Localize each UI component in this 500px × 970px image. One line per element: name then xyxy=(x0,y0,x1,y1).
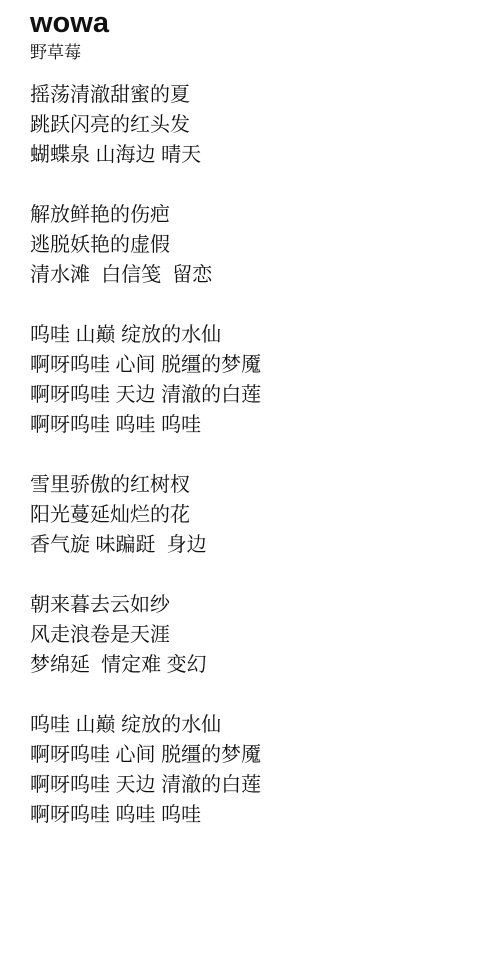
lyric-line: 啊呀呜哇 天边 清澈的白莲 xyxy=(30,770,470,800)
lyric-stanza: 摇荡清澈甜蜜的夏跳跃闪亮的红头发蝴蝶泉 山海边 晴天 xyxy=(30,80,470,170)
lyric-line: 雪里骄傲的红树杈 xyxy=(30,470,470,500)
lyric-line: 啊呀呜哇 呜哇 呜哇 xyxy=(30,800,470,830)
lyric-stanza: 朝来暮去云如纱风走浪卷是天涯梦绵延 情定难 变幻 xyxy=(30,590,470,680)
lyric-line: 啊呀呜哇 呜哇 呜哇 xyxy=(30,410,470,440)
lyric-line: 风走浪卷是天涯 xyxy=(30,620,470,650)
lyric-line: 蝴蝶泉 山海边 晴天 xyxy=(30,140,470,170)
lyric-line: 香气旋 味蹁跹 身边 xyxy=(30,530,470,560)
lyric-stanza: 解放鲜艳的伤疤逃脱妖艳的虚假清水滩 白信笺 留恋 xyxy=(30,200,470,290)
lyric-line: 清水滩 白信笺 留恋 xyxy=(30,260,470,290)
lyric-line: 梦绵延 情定难 变幻 xyxy=(30,650,470,680)
lyric-stanza: 呜哇 山巅 绽放的水仙啊呀呜哇 心间 脱缰的梦魇啊呀呜哇 天边 清澈的白莲啊呀呜… xyxy=(30,710,470,830)
lyric-stanza: 呜哇 山巅 绽放的水仙啊呀呜哇 心间 脱缰的梦魇啊呀呜哇 天边 清澈的白莲啊呀呜… xyxy=(30,320,470,440)
lyric-line: 解放鲜艳的伤疤 xyxy=(30,200,470,230)
lyric-line: 跳跃闪亮的红头发 xyxy=(30,110,470,140)
lyric-stanza: 雪里骄傲的红树杈阳光蔓延灿烂的花香气旋 味蹁跹 身边 xyxy=(30,470,470,560)
page-title: wowa xyxy=(30,6,470,41)
lyric-line: 啊呀呜哇 心间 脱缰的梦魇 xyxy=(30,350,470,380)
lyric-line: 阳光蔓延灿烂的花 xyxy=(30,500,470,530)
page-subtitle: 野草莓 xyxy=(30,41,470,65)
lyric-line: 呜哇 山巅 绽放的水仙 xyxy=(30,710,470,740)
lyric-line: 啊呀呜哇 天边 清澈的白莲 xyxy=(30,380,470,410)
lyric-line: 逃脱妖艳的虚假 xyxy=(30,230,470,260)
lyrics-body: 摇荡清澈甜蜜的夏跳跃闪亮的红头发蝴蝶泉 山海边 晴天解放鲜艳的伤疤逃脱妖艳的虚假… xyxy=(30,80,470,830)
lyric-line: 啊呀呜哇 心间 脱缰的梦魇 xyxy=(30,740,470,770)
lyric-line: 摇荡清澈甜蜜的夏 xyxy=(30,80,470,110)
lyrics-page: wowa 野草莓 摇荡清澈甜蜜的夏跳跃闪亮的红头发蝴蝶泉 山海边 晴天解放鲜艳的… xyxy=(0,0,500,970)
lyric-line: 呜哇 山巅 绽放的水仙 xyxy=(30,320,470,350)
lyric-line: 朝来暮去云如纱 xyxy=(30,590,470,620)
